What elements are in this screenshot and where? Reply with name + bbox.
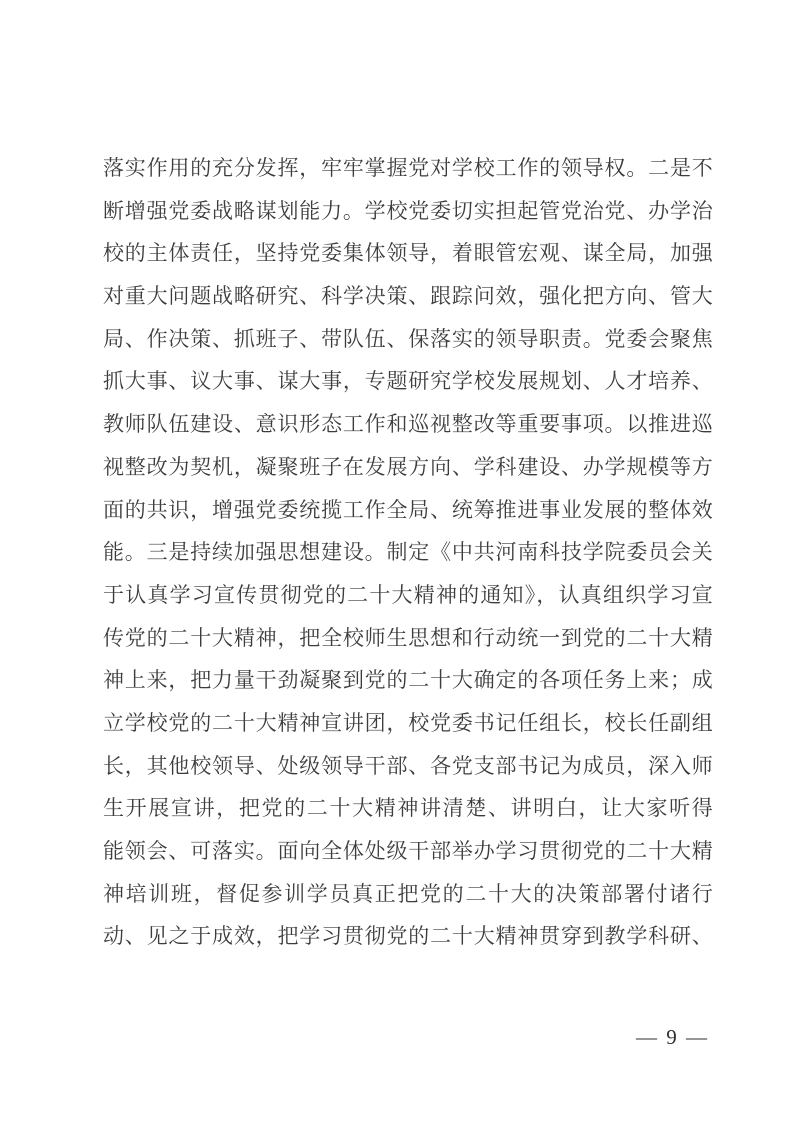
text-line: 能领会、可落实。面向全体处级干部举办学习贯彻党的二十大精 bbox=[103, 830, 713, 873]
text-line: 视整改为契机，凝聚班子在发展方向、学科建设、办学规模等方 bbox=[103, 446, 713, 489]
text-line: 神上来，把力量干劲凝聚到党的二十大确定的各项任务上来；成 bbox=[103, 659, 713, 702]
text-line: 校的主体责任，坚持党委集体领导，着眼管宏观、谋全局，加强 bbox=[103, 232, 713, 275]
text-line: 生开展宣讲，把党的二十大精神讲清楚、讲明白，让大家听得懂、 bbox=[103, 787, 713, 830]
text-line: 能。三是持续加强思想建设。制定《中共河南科技学院委员会关 bbox=[103, 531, 713, 574]
text-line: 对重大问题战略研究、科学决策、跟踪问效，强化把方向、管大 bbox=[103, 275, 713, 318]
text-line: 局、作决策、抓班子、带队伍、保落实的领导职责。党委会聚焦 bbox=[103, 318, 713, 361]
text-line: 断增强党委战略谋划能力。学校党委切实担起管党治党、办学治 bbox=[103, 190, 713, 233]
text-line: 传党的二十大精神，把全校师生思想和行动统一到党的二十大精 bbox=[103, 617, 713, 660]
text-line: 立学校党的二十大精神宣讲团，校党委书记任组长，校长任副组 bbox=[103, 702, 713, 745]
text-line: 长，其他校领导、处级领导干部、各党支部书记为成员，深入师 bbox=[103, 745, 713, 788]
document-page: 落实作用的充分发挥，牢牢掌握党对学校工作的领导权。二是不 断增强党委战略谋划能力… bbox=[0, 0, 793, 1122]
text-line: 神培训班，督促参训学员真正把党的二十大的决策部署付诸行 bbox=[103, 873, 713, 916]
text-line: 落实作用的充分发挥，牢牢掌握党对学校工作的领导权。二是不 bbox=[103, 147, 713, 190]
text-line: 抓大事、议大事、谋大事，专题研究学校发展规划、人才培养、 bbox=[103, 360, 713, 403]
text-line: 动、见之于成效，把学习贯彻党的二十大精神贯穿到教学科研、 bbox=[103, 915, 713, 958]
text-line: 面的共识，增强党委统揽工作全局、统筹推进事业发展的整体效 bbox=[103, 489, 713, 532]
body-text-block: 落实作用的充分发挥，牢牢掌握党对学校工作的领导权。二是不 断增强党委战略谋划能力… bbox=[103, 147, 713, 958]
text-line: 教师队伍建设、意识形态工作和巡视整改等重要事项。以推进巡 bbox=[103, 403, 713, 446]
page-number: — 9 — bbox=[636, 1022, 709, 1052]
text-line: 于认真学习宣传贯彻党的二十大精神的通知》，认真组织学习宣 bbox=[103, 574, 713, 617]
